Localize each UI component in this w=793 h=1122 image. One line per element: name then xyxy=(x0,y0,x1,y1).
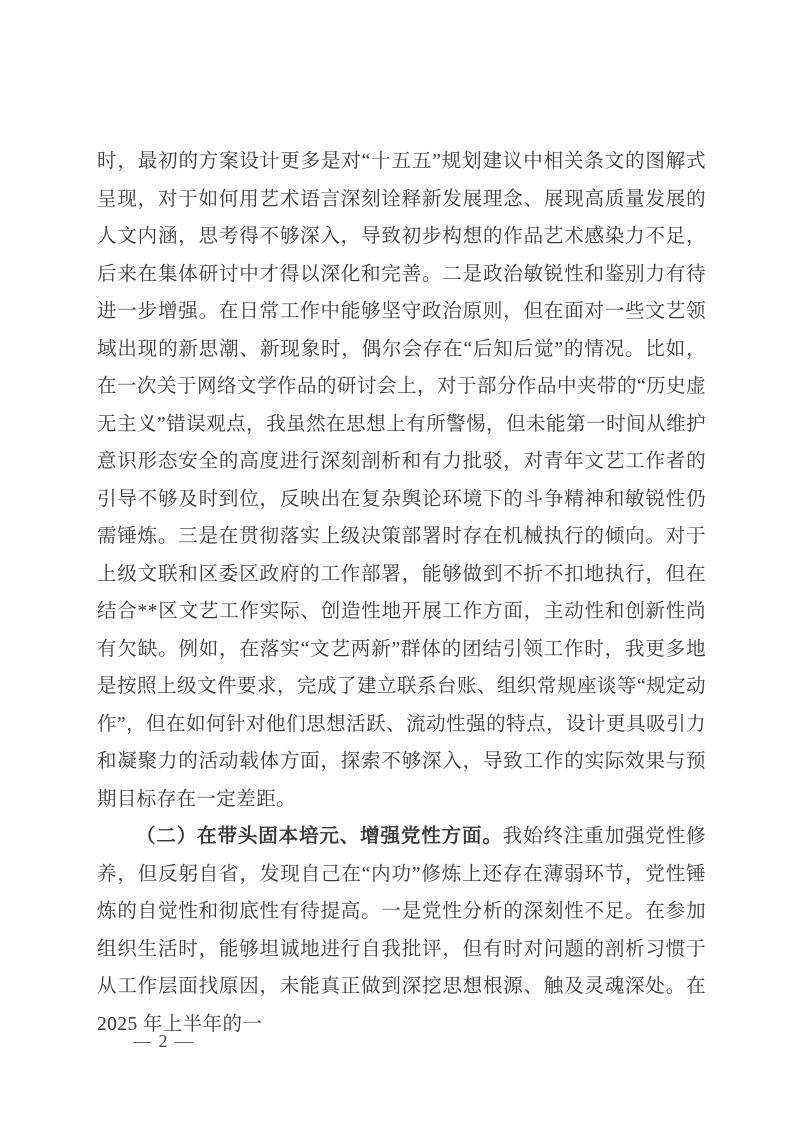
paragraph-section-two: （二）在带头固本培元、增强党性方面。我始终注重加强党性修养，但反躬自省，发现自己… xyxy=(97,818,706,1043)
page-footer: — 2 — xyxy=(133,1030,195,1052)
section-two-heading: （二）在带头固本培元、增强党性方面。 xyxy=(136,826,503,847)
paragraph-continuation: 时，最初的方案设计更多是对“十五五”规划建议中相关条文的图解式呈现，对于如何用艺… xyxy=(97,143,706,818)
paragraph-text: 时，最初的方案设计更多是对“十五五”规划建议中相关条文的图解式呈现，对于如何用艺… xyxy=(97,151,706,810)
document-body: 时，最初的方案设计更多是对“十五五”规划建议中相关条文的图解式呈现，对于如何用艺… xyxy=(97,143,706,1043)
paragraph-text: 我始终注重加强党性修养，但反躬自省，发现自己在“内功”修炼上还存在薄弱环节，党性… xyxy=(97,826,706,1035)
document-page: 时，最初的方案设计更多是对“十五五”规划建议中相关条文的图解式呈现，对于如何用艺… xyxy=(0,0,793,1122)
page-number: — 2 — xyxy=(133,1031,195,1051)
